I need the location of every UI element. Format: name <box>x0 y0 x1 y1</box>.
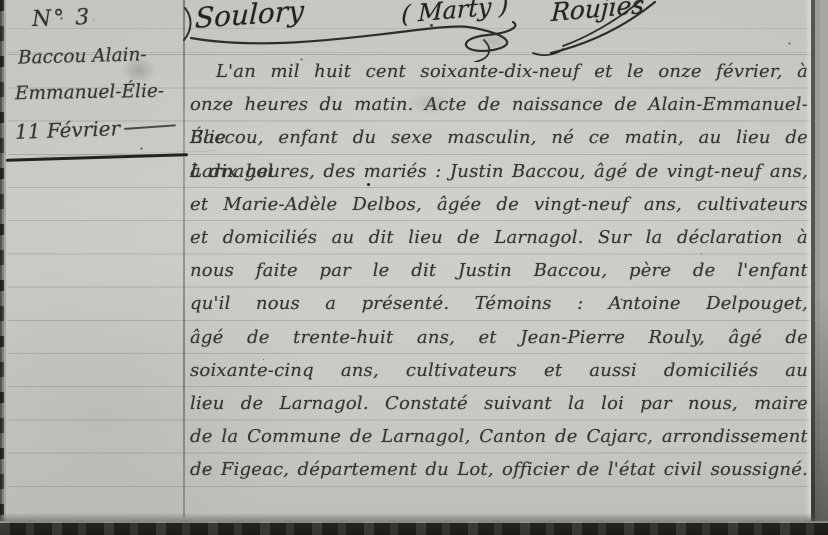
body-line: de Figeac, département du Lot, officier … <box>190 453 808 486</box>
body-line: et domiciliés au dit lieu de Larnagol. S… <box>190 221 808 254</box>
body-line: âgé de trente-huit ans, et Jean-Pierre R… <box>190 321 808 354</box>
signature-block: Soulory ( Marty ) Roujies <box>183 0 823 62</box>
signature-flourish <box>183 0 823 62</box>
margin-column: N° 3 Baccou Alain- Emmanuel-Élie- 11 Fév… <box>10 0 180 535</box>
body-line: onze heures du matin. Acte de naissance … <box>190 88 808 121</box>
bottom-page-edges <box>0 521 828 535</box>
column-divider <box>183 0 185 517</box>
body-line: lieu de Larnagol. Constaté suivant la lo… <box>190 387 808 420</box>
body-line: Baccou, enfant du sexe masculin, né ce m… <box>190 121 808 154</box>
record-number: N° 3 <box>32 5 92 32</box>
body-line: soixante-cinq ans, cultivateurs et aussi… <box>190 354 808 387</box>
margin-name-line-2: Emmanuel-Élie- <box>15 81 164 105</box>
right-page-edge <box>811 0 828 535</box>
document-scan: Soulory ( Marty ) Roujies N° 3 Baccou Al… <box>0 0 828 535</box>
left-binding-edge <box>0 0 8 535</box>
body-line: et Marie-Adèle Delbos, âgée de vingt-neu… <box>190 188 808 221</box>
margin-name-line-1: Baccou Alain- <box>18 44 147 68</box>
margin-date: 11 Février <box>15 114 177 144</box>
body-line: à dix heures, des mariés : Justin Baccou… <box>190 155 808 188</box>
margin-underline <box>6 153 188 162</box>
act-body: L'an mil huit cent soixante-dix-neuf et … <box>190 55 808 486</box>
ink-specks <box>367 183 370 186</box>
bottom-page-shadow <box>0 513 828 521</box>
body-line: L'an mil huit cent soixante-dix-neuf et … <box>190 55 808 88</box>
body-line: qu'il nous a présenté. Témoins : Antoine… <box>190 287 808 320</box>
body-line: nous faite par le dit Justin Baccou, pèr… <box>190 254 808 287</box>
body-line: de la Commune de Larnagol, Canton de Caj… <box>190 420 808 453</box>
